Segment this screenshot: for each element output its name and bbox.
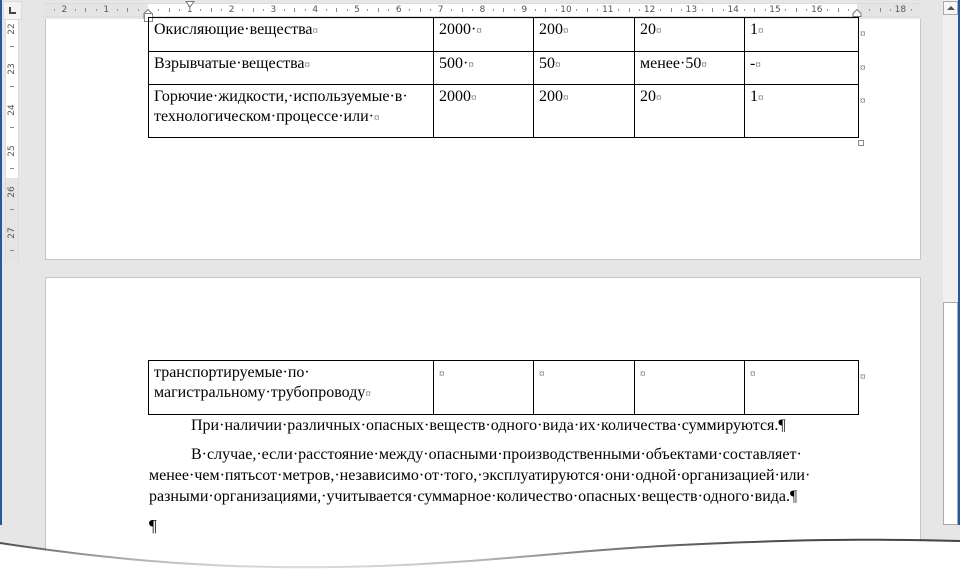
- ruler-tick: [493, 9, 494, 11]
- threshold-cell-3[interactable]: менее·50¤: [635, 52, 745, 85]
- ruler-tick: [587, 8, 588, 12]
- ruler-tick: [660, 9, 661, 11]
- ruler-tick: [179, 9, 180, 11]
- threshold-cell-4[interactable]: 1¤: [745, 18, 859, 52]
- ruler-number: 2: [62, 4, 68, 16]
- ruler-number: 5: [354, 4, 360, 16]
- tab-stop-selector[interactable]: [3, 1, 22, 20]
- ruler-tick: [294, 8, 295, 12]
- ruler-tick: [597, 9, 598, 11]
- ruler-tick: [556, 9, 557, 11]
- cell-text: 50: [539, 55, 555, 72]
- cell-text: Окисляющие·вещества: [154, 21, 313, 38]
- cell-text: 500·: [439, 55, 468, 72]
- ruler-tick: [545, 8, 546, 12]
- threshold-cell-1[interactable]: 2000¤: [434, 85, 534, 138]
- ruler-tick: [462, 8, 463, 12]
- vertical-ruler[interactable]: 222324252627: [5, 20, 19, 262]
- ruler-tick: [681, 9, 682, 11]
- cell-end-mark: ¤: [439, 368, 445, 380]
- ruler-tick: [890, 9, 891, 11]
- ruler-tick: [221, 9, 222, 11]
- ruler-tick: [10, 168, 14, 169]
- ruler-tick: [409, 9, 410, 11]
- table-resize-handle[interactable]: [858, 140, 864, 146]
- ruler-number: 11: [602, 4, 613, 16]
- ruler-tick: [838, 8, 839, 12]
- row-end-mark: ¤: [860, 62, 866, 74]
- cell-end-mark: ¤: [755, 59, 761, 71]
- threshold-cell-2[interactable]: 50¤: [534, 52, 635, 85]
- arrow-up-icon: [947, 6, 955, 10]
- ruler-tick: [430, 9, 431, 11]
- ruler-tick: [880, 8, 881, 12]
- word-document-view: 211234567891011121314151618 222324252627…: [0, 0, 960, 578]
- cell-end-mark: ¤: [563, 92, 569, 104]
- row-end-mark: ¤: [860, 371, 866, 383]
- ruler-tick: [796, 8, 797, 12]
- ruler-tick: [671, 8, 672, 12]
- ruler-tick: [503, 8, 504, 12]
- cell-end-mark: ¤: [640, 368, 646, 380]
- ruler-tick: [169, 8, 170, 12]
- ruler-tick: [629, 8, 630, 12]
- ruler-number: 18: [895, 4, 906, 16]
- ruler-tick: [263, 9, 264, 11]
- ruler-number: 13: [686, 4, 697, 16]
- ruler-number: 3: [271, 4, 277, 16]
- table-row: транспортируемые·по· магистральному·труб…: [149, 361, 859, 415]
- threshold-cell-1[interactable]: 500·¤: [434, 52, 534, 85]
- scrollbar-thumb[interactable]: [943, 302, 958, 525]
- hazard-substances-table-continued: транспортируемые·по· магистральному·труб…: [148, 360, 859, 415]
- ruler-tick: [242, 9, 243, 11]
- ruler-number: 9: [521, 4, 527, 16]
- threshold-cell-4[interactable]: -¤: [745, 52, 859, 85]
- cell-end-mark: ¤: [563, 25, 569, 37]
- cell-end-mark: ¤: [555, 59, 561, 71]
- ruler-number: 2: [229, 4, 235, 16]
- cell-end-mark: ¤: [701, 59, 707, 71]
- ruler-number: 16: [811, 4, 822, 16]
- ruler-tick: [367, 9, 368, 11]
- ruler-tick: [744, 9, 745, 11]
- ruler-tick: [535, 9, 536, 11]
- ruler-tick: [284, 9, 285, 11]
- threshold-cell-2[interactable]: ¤: [534, 361, 635, 415]
- ruler-tick: [138, 9, 139, 11]
- ruler-tick: [117, 9, 118, 11]
- ruler-tick: [54, 9, 55, 11]
- window-border-left: [0, 0, 2, 525]
- cell-text: менее·50: [640, 55, 701, 72]
- ruler-number: 10: [560, 4, 571, 16]
- row-end-mark: ¤: [860, 28, 866, 40]
- cell-text: 1: [750, 88, 758, 105]
- threshold-cell-1[interactable]: ¤: [434, 361, 534, 415]
- threshold-cell-3[interactable]: 20¤: [635, 18, 745, 52]
- ruler-tick: [388, 9, 389, 11]
- ruler-number: 27: [6, 227, 18, 239]
- substance-name-cell[interactable]: транспортируемые·по· магистральному·труб…: [149, 361, 434, 415]
- row-end-mark: ¤: [860, 95, 866, 107]
- cell-end-mark: ¤: [758, 92, 764, 104]
- scroll-up-button[interactable]: [943, 1, 958, 15]
- first-line-indent-marker[interactable]: [185, 1, 195, 9]
- ruler-tick: [451, 9, 452, 11]
- ruler-tick: [420, 8, 421, 12]
- ruler-number: 12: [644, 4, 655, 16]
- ruler-tick: [10, 46, 14, 47]
- substance-name-cell[interactable]: Окисляющие·вещества¤: [149, 18, 434, 52]
- torn-edge-decoration: [0, 520, 960, 578]
- ruler-number: 14: [727, 4, 738, 16]
- ruler-tick: [127, 8, 128, 12]
- ruler-number: 1: [103, 4, 109, 16]
- ruler-tick: [639, 9, 640, 11]
- ruler-tick: [911, 9, 912, 11]
- ruler-tick: [702, 9, 703, 11]
- cell-text: 2000: [439, 88, 471, 105]
- left-tab-icon: [9, 7, 16, 14]
- ruler-tick: [848, 9, 849, 11]
- ruler-number: 6: [396, 4, 402, 16]
- ruler-tick: [827, 9, 828, 11]
- ruler-tick: [10, 127, 14, 128]
- substance-name-cell[interactable]: Горючие·жидкости,·используемые·в· технол…: [149, 85, 434, 138]
- cell-end-mark: ¤: [476, 25, 482, 37]
- cell-text: Горючие·жидкости,·используемые·в· технол…: [154, 88, 408, 125]
- ruler-tick: [211, 8, 212, 12]
- cell-text: 2000·: [439, 21, 476, 38]
- cell-end-mark: ¤: [313, 25, 319, 37]
- ruler-number: 22: [6, 23, 18, 35]
- ruler-number: 26: [6, 186, 18, 198]
- hazard-substances-table: Окисляющие·вещества¤2000·¤200¤20¤1¤Взрыв…: [148, 17, 859, 138]
- ruler-tick: [378, 8, 379, 12]
- cell-end-mark: ¤: [365, 388, 371, 400]
- ruler-tick: [347, 9, 348, 11]
- ruler-tick: [75, 9, 76, 11]
- right-indent-marker[interactable]: [852, 9, 862, 17]
- threshold-cell-4[interactable]: ¤: [745, 361, 859, 415]
- threshold-cell-4[interactable]: 1¤: [745, 85, 859, 138]
- cell-end-mark: ¤: [374, 112, 380, 124]
- cell-text: 20: [640, 88, 656, 105]
- ruler-tick: [200, 9, 201, 11]
- ruler-tick: [326, 9, 327, 11]
- threshold-cell-3[interactable]: 20¤: [635, 85, 745, 138]
- ruler-tick: [785, 9, 786, 11]
- ruler-tick: [85, 8, 86, 12]
- cell-end-mark: ¤: [468, 59, 474, 71]
- ruler-tick: [10, 86, 14, 87]
- ruler-tick: [806, 9, 807, 11]
- cell-text: транспортируемые·по· магистральному·труб…: [154, 364, 365, 401]
- threshold-cell-3[interactable]: ¤: [635, 361, 745, 415]
- ruler-tick: [765, 9, 766, 11]
- ruler-tick: [514, 9, 515, 11]
- cell-text: 1: [750, 21, 758, 38]
- ruler-number: 7: [438, 4, 444, 16]
- cell-end-mark: ¤: [656, 25, 662, 37]
- ruler-tick: [158, 9, 159, 11]
- paragraph-summation: При·наличии·различных·опасных·веществ·од…: [149, 415, 861, 436]
- ruler-tick: [754, 8, 755, 12]
- cell-text: 200: [539, 88, 563, 105]
- ruler-number: 15: [769, 4, 780, 16]
- ruler-tick: [305, 9, 306, 11]
- cell-end-mark: ¤: [471, 92, 477, 104]
- cell-end-mark: ¤: [305, 59, 311, 71]
- table-row: Окисляющие·вещества¤2000·¤200¤20¤1¤: [149, 18, 859, 52]
- ruler-tick: [96, 9, 97, 11]
- ruler-tick: [336, 8, 337, 12]
- cell-end-mark: ¤: [758, 25, 764, 37]
- substance-name-cell[interactable]: Взрывчатые·вещества¤: [149, 52, 434, 85]
- cell-text: 20: [640, 21, 656, 38]
- threshold-cell-2[interactable]: 200¤: [534, 85, 635, 138]
- cell-end-mark: ¤: [656, 92, 662, 104]
- ruler-tick: [618, 9, 619, 11]
- threshold-cell-1[interactable]: 2000·¤: [434, 18, 534, 52]
- horizontal-ruler[interactable]: 211234567891011121314151618: [43, 3, 920, 17]
- ruler-number: 23: [6, 63, 18, 75]
- ruler-tick: [723, 9, 724, 11]
- ruler-tick: [10, 209, 14, 210]
- paragraph-distance: В·случае,·если·расстояние·между·опасными…: [149, 444, 861, 507]
- cell-text: Взрывчатые·вещества: [154, 55, 305, 72]
- threshold-cell-2[interactable]: 200¤: [534, 18, 635, 52]
- ruler-tick: [253, 8, 254, 12]
- table-row: Взрывчатые·вещества¤500·¤50¤менее·50¤-¤: [149, 52, 859, 85]
- ruler-tick: [576, 9, 577, 11]
- cell-end-mark: ¤: [539, 368, 545, 380]
- ruler-tick: [869, 9, 870, 11]
- ruler-number: 8: [480, 4, 486, 16]
- ruler-tick: [10, 250, 14, 251]
- cell-text: 200: [539, 21, 563, 38]
- ruler-number: 4: [312, 4, 318, 16]
- ruler-tick: [472, 9, 473, 11]
- ruler-number: 25: [6, 145, 18, 157]
- table-row: Горючие·жидкости,·используемые·в· технол…: [149, 85, 859, 138]
- cell-end-mark: ¤: [750, 368, 756, 380]
- ruler-number: 24: [6, 104, 18, 116]
- ruler-tick: [712, 8, 713, 12]
